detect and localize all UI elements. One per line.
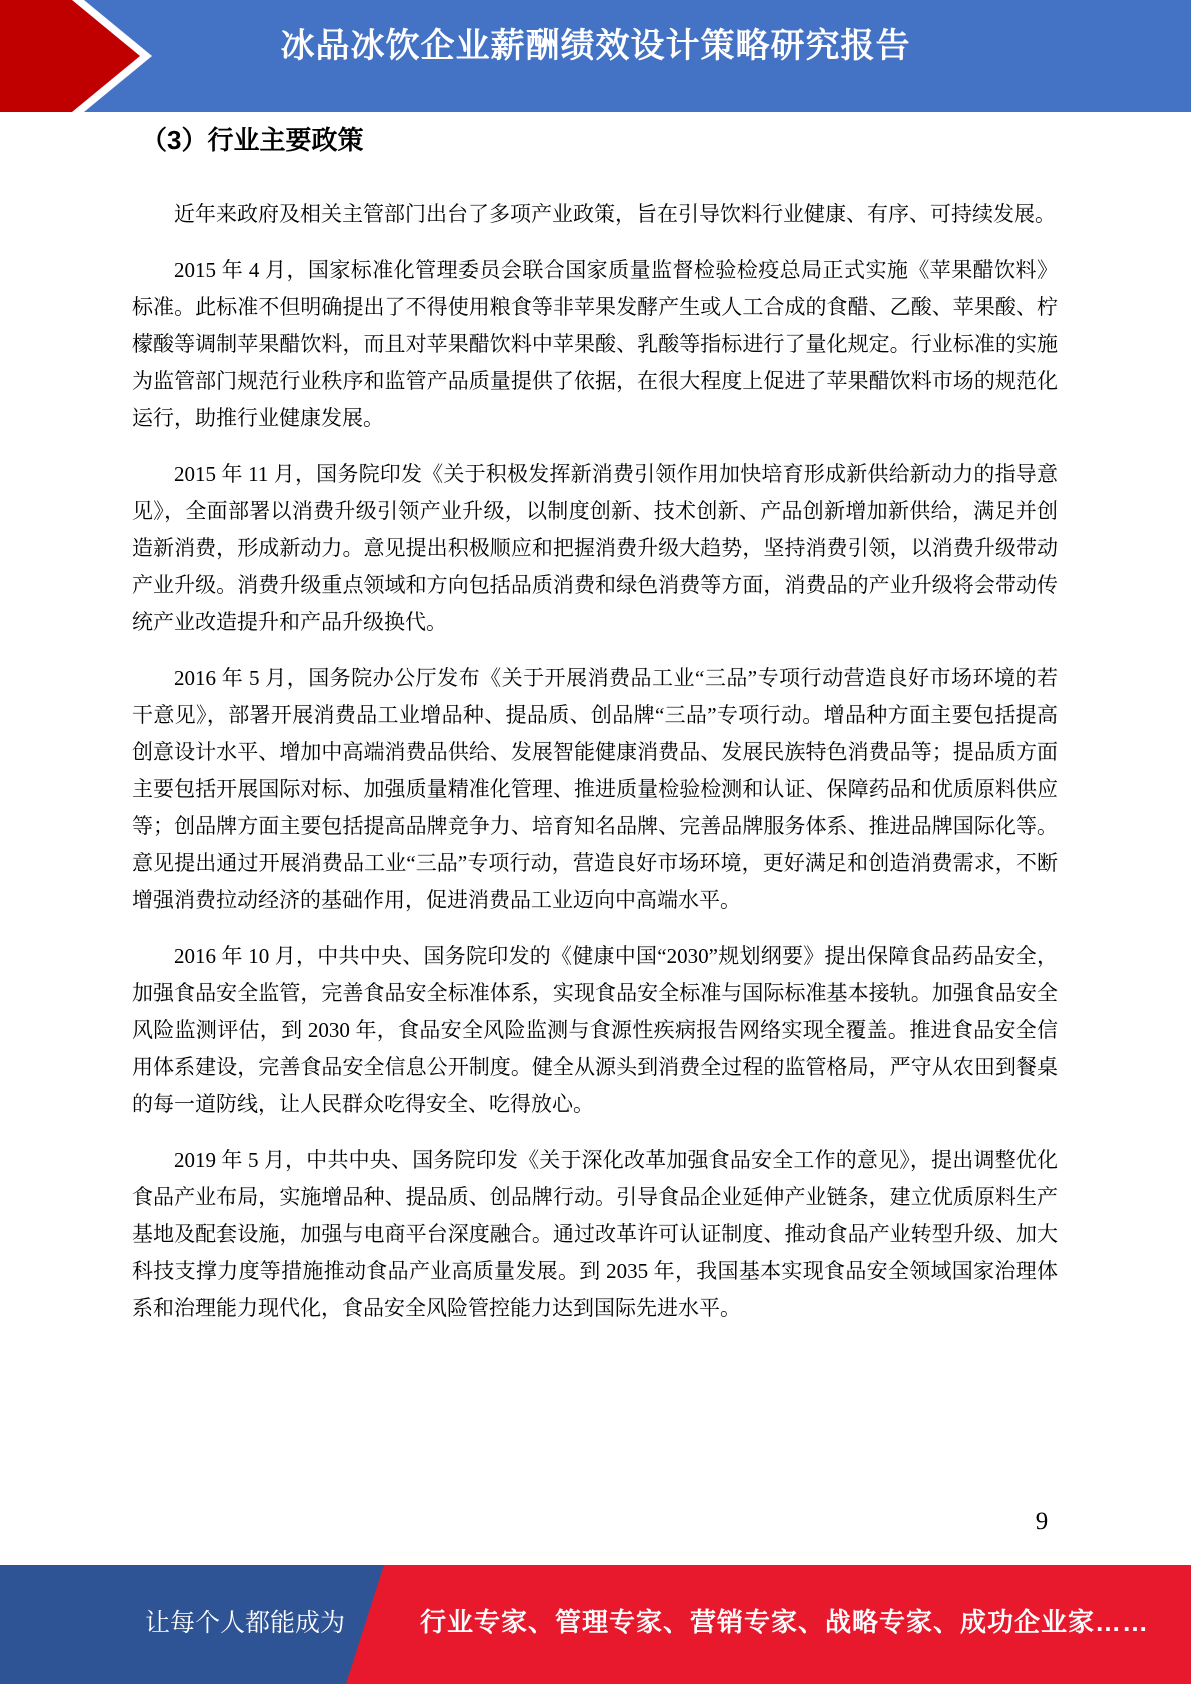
section-heading: （3）行业主要政策 (141, 122, 363, 158)
paragraph-intro: 近年来政府及相关主管部门出台了多项产业政策，旨在引导饮料行业健康、有序、可持续发… (132, 196, 1058, 233)
footer-slogan-right: 行业专家、管理专家、营销专家、战略专家、成功企业家…… (420, 1605, 1149, 1639)
paragraph-2019-05: 2019 年 5 月，中共中央、国务院印发《关于深化改革加强食品安全工作的意见》… (132, 1142, 1058, 1327)
paragraph-2015-11: 2015 年 11 月，国务院印发《关于积极发挥新消费引领作用加快培育形成新供给… (132, 456, 1058, 641)
page-header: 冰品冰饮企业薪酬绩效设计策略研究报告 (0, 0, 1191, 112)
paragraph-2015-04: 2015 年 4 月，国家标准化管理委员会联合国家质量监督检验检疫总局正式实施《… (132, 252, 1058, 437)
footer-slogan-left: 让每个人都能成为 (145, 1607, 345, 1639)
paragraph-2016-05: 2016 年 5 月，国务院办公厅发布《关于开展消费品工业“三品”专项行动营造良… (132, 660, 1058, 919)
body-content: 近年来政府及相关主管部门出台了多项产业政策，旨在引导饮料行业健康、有序、可持续发… (132, 196, 1058, 1346)
paragraph-2016-10: 2016 年 10 月，中共中央、国务院印发的《健康中国“2030”规划纲要》提… (132, 938, 1058, 1123)
report-page: 冰品冰饮企业薪酬绩效设计策略研究报告 （3）行业主要政策 近年来政府及相关主管部… (0, 0, 1191, 1684)
page-number: 9 (1022, 1508, 1062, 1536)
report-title: 冰品冰饮企业薪酬绩效设计策略研究报告 (0, 0, 1191, 66)
page-footer: 让每个人都能成为 行业专家、管理专家、营销专家、战略专家、成功企业家…… (0, 1565, 1191, 1684)
